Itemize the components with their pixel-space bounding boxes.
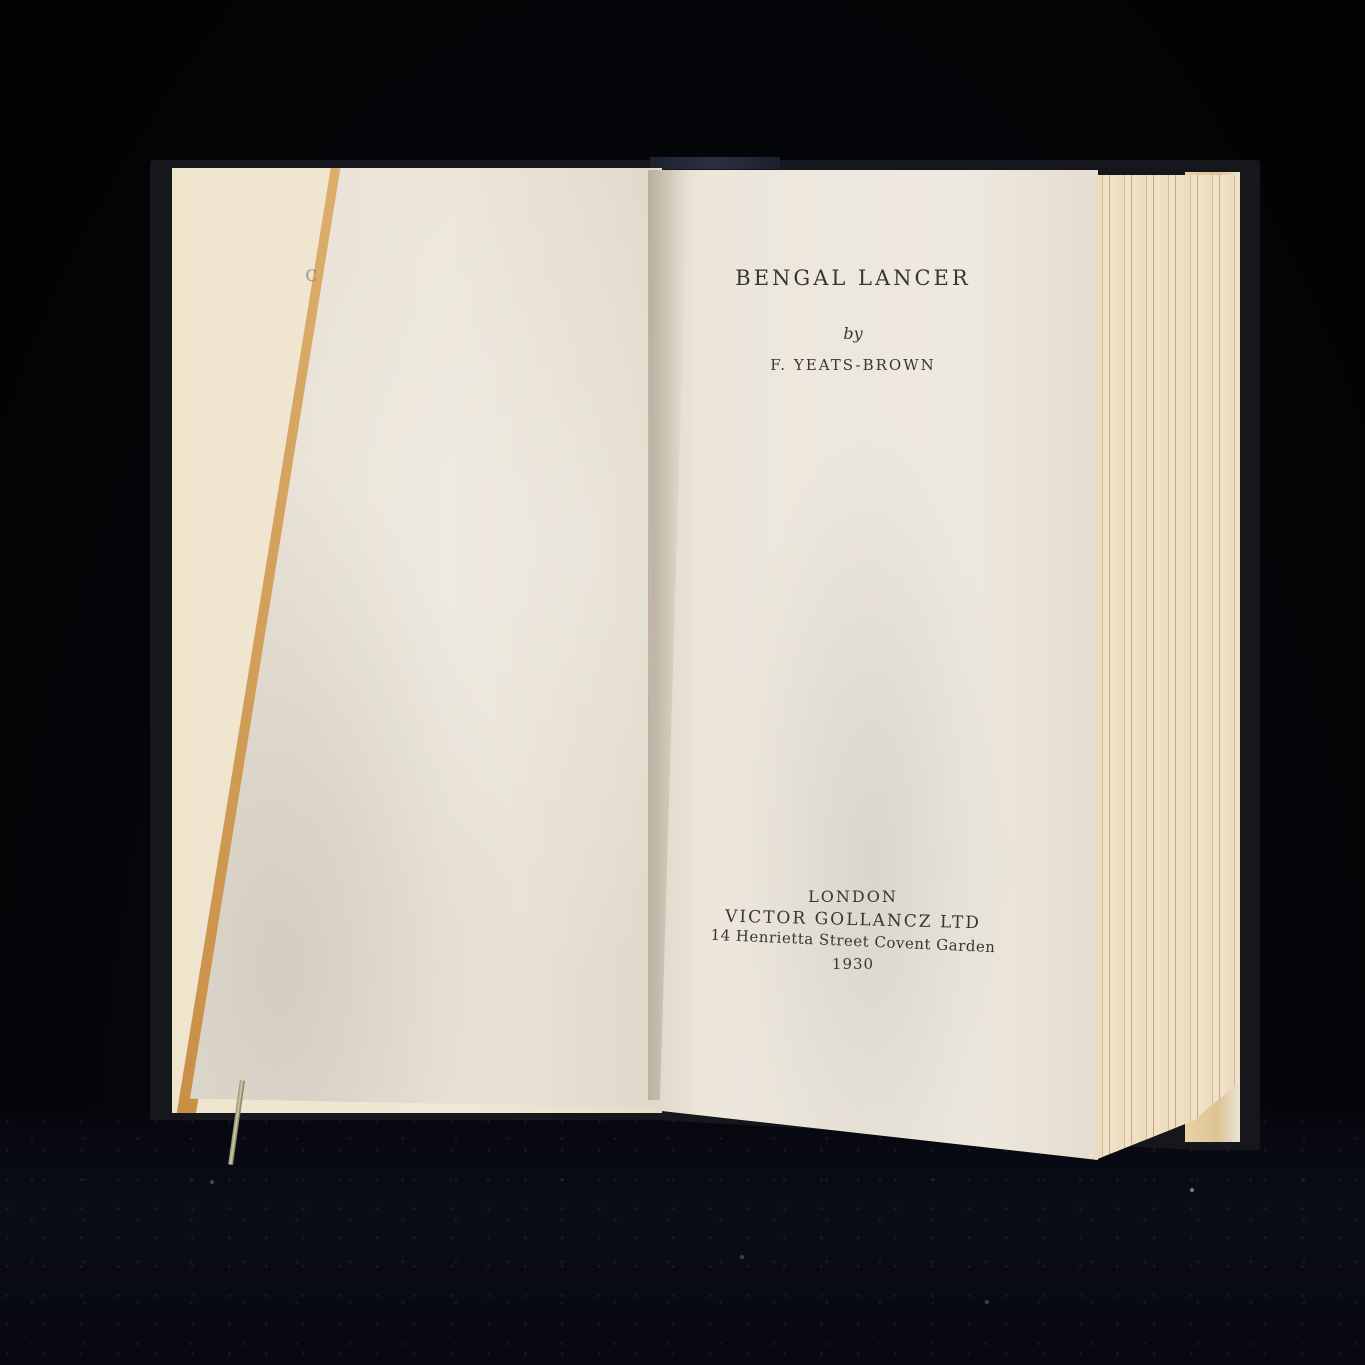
publication-year: 1930	[648, 955, 1058, 973]
book-title: BENGAL LANCER	[648, 266, 1058, 290]
title-page	[648, 170, 1098, 1160]
dust-speck	[210, 1180, 214, 1184]
page-block-edges	[1095, 175, 1240, 1160]
show-through-letter: c	[305, 262, 317, 287]
author-name: F. YEATS-BROWN	[648, 356, 1058, 374]
byline-label: by	[648, 324, 1058, 343]
dust-speck	[1190, 1188, 1194, 1192]
dust-speck	[985, 1300, 989, 1304]
book-spine	[650, 157, 780, 169]
dust-speck	[740, 1255, 744, 1259]
dark-surface	[0, 1110, 1365, 1365]
publisher-city: LONDON	[648, 887, 1058, 906]
